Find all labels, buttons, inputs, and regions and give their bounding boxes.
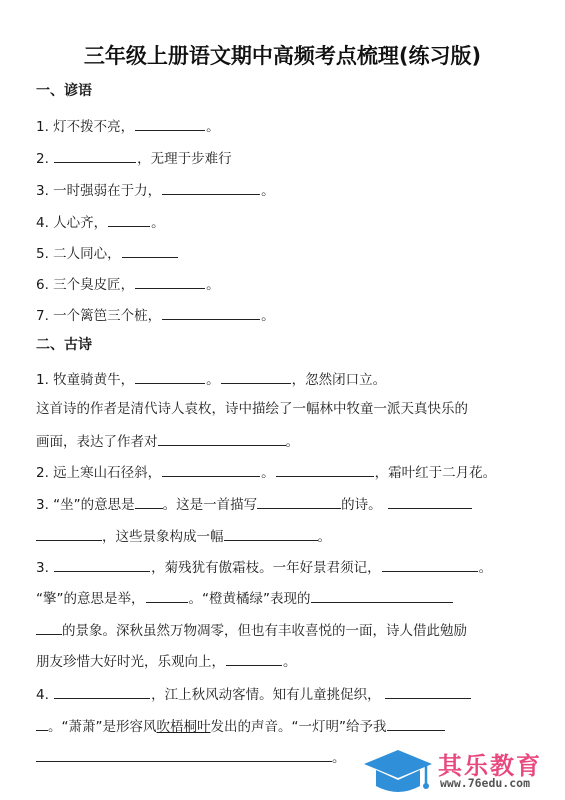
answer-blank[interactable] (135, 274, 205, 289)
answer-blank[interactable] (162, 180, 260, 195)
question-poem-3b-cont2: 的景象。深秋虽然万物凋零，但也有丰收喜悦的一面，诗人借此勉励 (36, 620, 467, 640)
answer-blank[interactable] (108, 212, 150, 227)
question-proverb-6: 6. 三个臭皮匠，。 (36, 274, 220, 294)
question-poem-4-cont2: 。 (36, 747, 346, 767)
brand-url: www.76edu.com (440, 776, 530, 790)
answer-blank[interactable] (382, 557, 478, 572)
watermark-logo: 其乐教育 www.76edu.com (362, 742, 562, 798)
question-poem-3b: 3. ，菊残犹有傲霜枝。一年好景君须记，。 (36, 557, 492, 577)
answer-blank[interactable] (385, 684, 471, 699)
answer-blank[interactable] (36, 747, 332, 762)
answer-blank[interactable] (226, 651, 282, 666)
answer-blank[interactable] (158, 431, 286, 446)
answer-blank[interactable] (135, 494, 163, 509)
page-title: 三年级上册语文期中高频考点梳理(练习版) (0, 40, 565, 70)
answer-blank[interactable] (162, 305, 260, 320)
poem-1-description: 这首诗的作者是清代诗人袁枚，诗中描绘了一幅林中牧童一派天真快乐的 (36, 400, 468, 418)
question-proverb-5: 5. 二人同心， (36, 243, 179, 263)
question-proverb-2: 2. ，无理于步难行 (36, 148, 232, 168)
answer-blank[interactable] (135, 116, 205, 131)
answer-blank[interactable] (36, 620, 62, 635)
question-proverb-1: 1. 灯不拨不亮，。 (36, 116, 220, 136)
answer-blank[interactable] (36, 526, 102, 541)
section-heading-poems: 二、古诗 (36, 336, 92, 354)
answer-blank[interactable] (224, 526, 318, 541)
answer-blank[interactable] (276, 462, 374, 477)
question-poem-2: 2. 远上寒山石径斜，。，霜叶红于二月花。 (36, 462, 496, 482)
answer-blank[interactable] (387, 716, 445, 731)
question-poem-3: 3. “坐”的意思是。这是一首描写的诗。 (36, 494, 473, 514)
question-poem-1: 1. 牧童骑黄牛，。，忽然闭口立。 (36, 369, 386, 389)
poem-1-description-cont: 画面，表达了作者对。 (36, 431, 299, 451)
question-poem-3b-cont: “擎”的意思是举，。“橙黄橘绿”表现的 (36, 588, 453, 608)
question-proverb-7: 7. 一个篱笆三个桩，。 (36, 305, 275, 325)
question-proverb-3: 3. 一时强弱在于力，。 (36, 180, 275, 200)
answer-blank[interactable] (135, 369, 205, 384)
section-heading-proverbs: 一、谚语 (36, 82, 92, 100)
question-poem-4: 4. ，江上秋风动客情。知有儿童挑促织， (36, 684, 472, 704)
answer-blank[interactable] (54, 684, 150, 699)
answer-blank[interactable] (388, 494, 472, 509)
answer-blank[interactable] (221, 369, 291, 384)
answer-blank[interactable] (146, 588, 188, 603)
answer-blank[interactable] (122, 243, 178, 258)
answer-blank[interactable] (162, 462, 260, 477)
question-poem-3b-cont3: 朋友珍惜大好时光，乐观向上，。 (36, 651, 297, 671)
answer-blank[interactable] (311, 588, 453, 603)
answer-blank[interactable] (54, 148, 136, 163)
answer-blank[interactable] (36, 716, 48, 731)
answer-blank[interactable] (257, 494, 341, 509)
question-proverb-4: 4. 人心齐，。 (36, 212, 165, 232)
graduation-cap-icon (362, 746, 432, 796)
answer-blank[interactable] (54, 557, 150, 572)
question-poem-3-cont: ，这些景象构成一幅。 (36, 526, 331, 546)
question-poem-4-cont: 。“萧萧”是形容风吹梧桐叶发出的声音。“一灯明”给予我 (36, 716, 445, 736)
